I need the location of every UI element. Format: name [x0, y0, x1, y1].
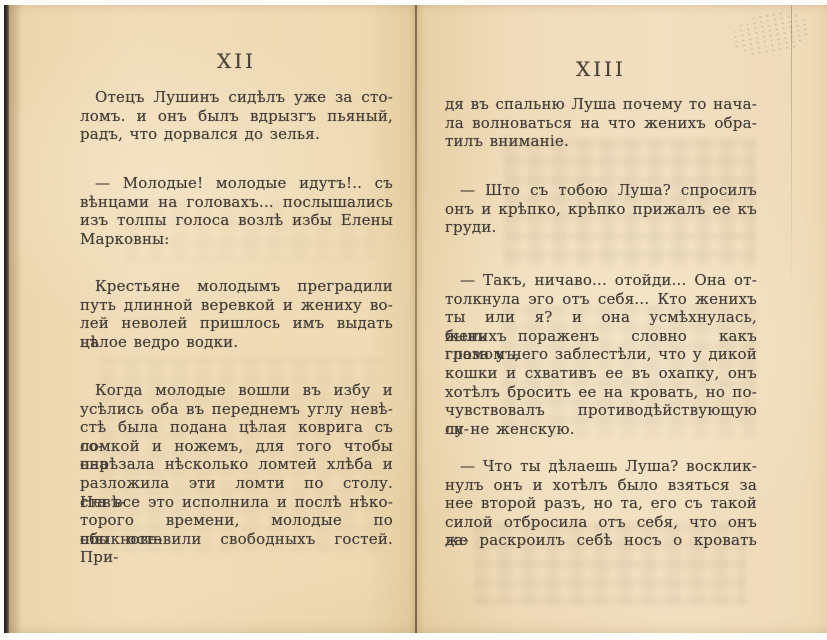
text-line: нію оставили свободныхъ гостей. При- [80, 530, 393, 549]
text-line: груди. [445, 218, 757, 237]
text-line: усѣлись оба въ переднемъ углу невѣ- [80, 400, 393, 419]
paragraph: — Што съ тобою Луша? спросилъ онъ и крѣп… [445, 181, 757, 237]
text-line: глаза у него заблестѣли, что у дикой [445, 345, 757, 364]
paragraph: — Молодые! молодые идутъ!.. съ вѣнцами н… [80, 174, 393, 248]
text-line: ста все это исполнила и послѣ нѣко- [80, 493, 393, 512]
text-line: ломкой и ножемъ, для того чтобы она [80, 437, 393, 456]
text-line: ты или я? и она усмѣхнулась, женихъ [445, 308, 757, 327]
text-line: же раскроилъ себѣ носъ о кровать [445, 531, 757, 550]
text-line: лу не женскую. [445, 420, 757, 439]
text-line: изъ толпы голоса возлѣ избы Елены [80, 211, 393, 230]
text-line: нарѣзала нѣсколько ломтей хлѣба и [80, 455, 393, 474]
gutter-line [415, 5, 417, 633]
paragraph: — Что ты дѣлаешь Луша? восклик- нулъ онъ… [445, 457, 757, 550]
text-line: Отецъ Лушинъ сидѣлъ уже за сто- [80, 88, 393, 107]
text-line: силой отбросила отъ себя, что онъ да- [445, 513, 757, 532]
text-line: — Что ты дѣлаешь Луша? восклик- [445, 457, 757, 476]
book-page-right: XIII дя въ спальню Луша почему то нача- … [445, 5, 757, 633]
text-line: дя въ спальню Луша почему то нача- [445, 95, 757, 114]
text-line: — Такъ, ничаво... отойди... Она от- [445, 271, 757, 290]
text-line: лей неволей пришлось имъ выдать на [80, 314, 393, 333]
screenshot-root: XII Отецъ Лушинъ сидѣлъ уже за сто- ломъ… [0, 0, 827, 640]
text-line: нее второй разъ, но та, его съ такой [445, 494, 757, 513]
text-line: — Што съ тобою Луша? спросилъ [445, 181, 757, 200]
text-line: чувствовалъ противодѣйствующую си- [445, 401, 757, 420]
paragraph: дя въ спальню Луша почему то нача- ла во… [445, 95, 757, 151]
text-line: Марковны: [80, 230, 393, 249]
text-line: Когда молодые вошли въ избу и [80, 381, 393, 400]
text-line: Крестьяне молодымъ преградили [80, 277, 393, 296]
paragraph: Отецъ Лушинъ сидѣлъ уже за сто- ломъ. и … [80, 88, 393, 144]
text-line: онъ и крѣпко, крѣпко прижалъ ее къ [445, 200, 757, 219]
text-line: цѣлое ведро водки. [80, 333, 393, 352]
text-line: кошки и схвативъ ее въ охапку, онъ [445, 364, 757, 383]
text-line: — Молодые! молодые идутъ!.. съ [80, 174, 393, 193]
paragraph: Крестьяне молодымъ преградили путь длинн… [80, 277, 393, 351]
text-line: вѣнцами на головахъ... послышались [80, 193, 393, 212]
text-line: торого времени, молодые по обыкнове- [80, 511, 393, 530]
book-scan: XII Отецъ Лушинъ сидѣлъ уже за сто- ломъ… [4, 5, 827, 633]
text-line: нулъ онъ и хотѣлъ было взяться за [445, 476, 757, 495]
text-line: путь длинной веревкой и жениху во- [80, 296, 393, 315]
paragraph: Когда молодые вошли въ избу и усѣлись об… [80, 381, 393, 548]
text-line: ла волноваться на что женихъ обра- [445, 114, 757, 133]
text-line: ломъ. и онъ былъ вдрызгъ пьяный, [80, 107, 393, 126]
text-line: разложила эти ломти по столу. Невѣ- [80, 474, 393, 493]
page-number-right: XIII [445, 57, 757, 81]
text-line: стѣ была подана цѣлая коврига съ со- [80, 418, 393, 437]
text-line: хотѣлъ бросить ее на кровать, но по- [445, 383, 757, 402]
text-line: тилъ вниманіе. [445, 132, 757, 151]
text-line: толкнула эго отъ себя... Кто женихъ [445, 290, 757, 309]
text-line: радъ, что дорвался до зелья. [80, 125, 393, 144]
spine-shadow [9, 5, 23, 633]
book-page-left: XII Отецъ Лушинъ сидѣлъ уже за сто- ломъ… [80, 5, 393, 633]
page-number-left: XII [80, 49, 393, 73]
paragraph: — Такъ, ничаво... отойди... Она от- толк… [445, 271, 757, 438]
text-line: былъ пораженъ словно какъ громомъ, [445, 327, 757, 346]
